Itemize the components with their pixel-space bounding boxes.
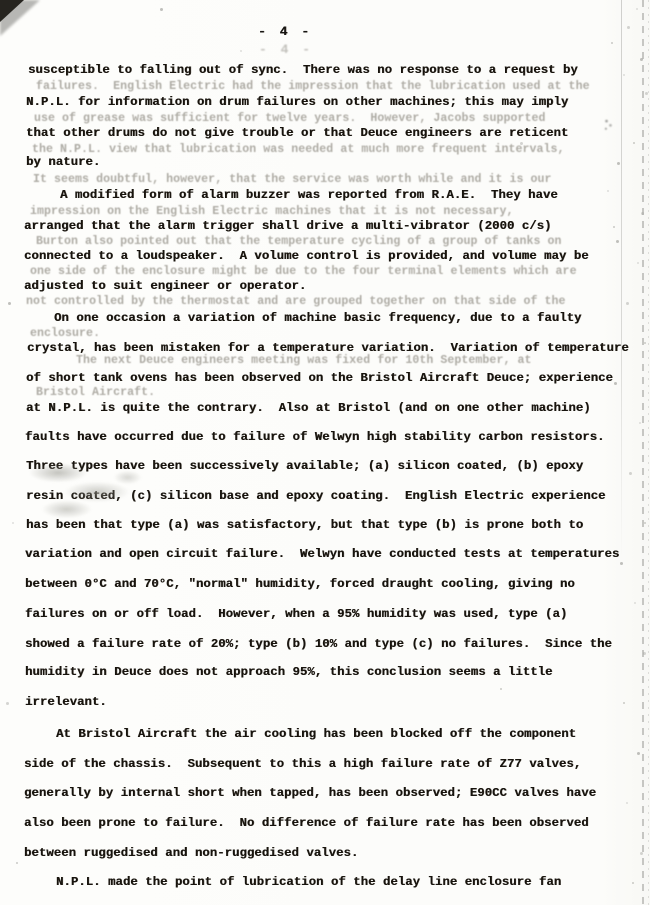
scan-speckle xyxy=(623,702,625,704)
scan-speckle xyxy=(644,522,646,524)
text-line: A modified form of alarm buzzer was repo… xyxy=(60,189,558,201)
text-line: that other drums do not give trouble or … xyxy=(26,127,568,139)
bleedthrough-text-line: failures. English Electric had the impre… xyxy=(36,81,590,93)
bleedthrough-text-line: one side of the enclosure might be due t… xyxy=(30,266,577,278)
bleedthrough-text-line: Burton also pointed out that the tempera… xyxy=(36,236,562,248)
scanned-page: - 4 - - 4 - susceptible to falling out o… xyxy=(0,0,650,905)
bleedthrough-text-line: It seems doubtful, however, that the ser… xyxy=(33,174,552,186)
scan-line-artifact xyxy=(621,0,622,560)
text-line: of short tank ovens has been observed on… xyxy=(26,372,613,384)
text-line: between 0°C and 70°C, "normal" humidity,… xyxy=(25,578,575,590)
scan-speckle xyxy=(6,702,9,705)
page-number: - 4 - xyxy=(258,24,312,39)
scan-speckle xyxy=(616,240,619,243)
text-line: has been that type (a) was satisfactory,… xyxy=(26,519,583,531)
scan-speckle xyxy=(643,652,646,655)
bleedthrough-text-line: impression on the English Electric machi… xyxy=(30,206,514,218)
scan-speckle xyxy=(634,602,636,604)
text-line: connected to a loudspeaker. A volume con… xyxy=(24,250,589,262)
text-line: also been prone to failure. No differenc… xyxy=(24,817,589,829)
bleedthrough-text-line: Bristol Aircraft. xyxy=(36,387,155,399)
scan-speckle xyxy=(520,142,523,145)
text-line: arranged that the alarm trigger shall dr… xyxy=(24,220,551,232)
bleedthrough-text-line: the N.P.L. view that lubrication was nee… xyxy=(32,144,565,156)
scan-speckle xyxy=(627,26,630,29)
scan-speckle xyxy=(500,688,502,690)
scan-speckle xyxy=(611,42,613,44)
bleedthrough-text-line: The next Deuce engineers meeting was fix… xyxy=(76,355,531,367)
bleedthrough-text-line: not controlled by the thermostat and are… xyxy=(26,296,566,308)
speckle-cluster-artifact xyxy=(602,116,615,133)
scan-speckle xyxy=(623,74,625,76)
text-line: adjusted to suit engineer or operator. xyxy=(24,280,306,292)
text-line: susceptible to falling out of sync. Ther… xyxy=(28,64,578,76)
scan-speckle xyxy=(633,142,635,144)
text-line: irrelevant. xyxy=(25,696,107,708)
text-line: side of the chassis. Subsequent to this … xyxy=(24,758,581,770)
scan-speckle xyxy=(614,382,617,385)
scan-speckle xyxy=(645,92,648,95)
scan-speckle xyxy=(613,226,615,228)
scan-speckle xyxy=(626,302,629,305)
scan-speckle xyxy=(620,562,623,565)
scan-speckle xyxy=(644,342,646,344)
text-line: generally by internal short when tapped,… xyxy=(24,787,596,799)
scan-dashed-line-artifact xyxy=(642,0,644,905)
bleedthrough-text-line: use of grease was sufficient for twelve … xyxy=(34,113,546,125)
scan-speckle xyxy=(8,302,11,305)
text-line: At Bristol Aircraft the air cooling has … xyxy=(56,728,576,740)
scan-speckle xyxy=(12,522,14,524)
text-line: between ruggedised and non-ruggedised va… xyxy=(24,847,358,859)
scan-speckle xyxy=(636,8,638,10)
text-line: crystal, has been mistaken for a tempera… xyxy=(27,342,629,354)
ink-smudge-artifact xyxy=(24,460,146,518)
scan-speckle xyxy=(640,852,643,855)
scan-speckle xyxy=(240,50,242,52)
scan-dotted-line-artifact xyxy=(648,0,649,905)
bleedthrough-text-line: enclosure. xyxy=(30,328,100,340)
page-number-ghost: - 4 - xyxy=(259,42,313,57)
scan-speckle xyxy=(639,422,641,424)
scan-speckle xyxy=(640,58,643,61)
text-line: humidity in Deuce does not approach 95%,… xyxy=(25,666,552,678)
page-corner-fold-artifact xyxy=(0,0,24,22)
scan-speckle xyxy=(641,212,644,215)
scan-speckle xyxy=(607,190,609,192)
text-line: N.P.L. for information on drum failures … xyxy=(26,96,568,108)
scan-speckle xyxy=(637,752,640,755)
scan-speckle xyxy=(160,8,163,11)
text-line: at N.P.L. is quite the contrary. Also at… xyxy=(26,402,591,414)
scan-speckle xyxy=(16,862,18,864)
text-line: faults have occurred due to failure of W… xyxy=(25,431,605,443)
scan-speckle xyxy=(629,472,632,475)
text-line: variation and open circuit failure. Welw… xyxy=(25,548,619,560)
scan-speckle xyxy=(617,162,620,165)
scan-speckle xyxy=(626,802,628,804)
text-line: On one occasion a variation of machine b… xyxy=(54,312,581,324)
scan-speckle xyxy=(632,882,634,884)
text-line: failures on or off load. However, when a… xyxy=(25,608,567,620)
scan-speckle xyxy=(637,262,639,264)
text-line: by nature. xyxy=(26,156,100,168)
text-line: showed a failure rate of 20%; type (b) 1… xyxy=(25,638,612,650)
text-line: N.P.L. made the point of lubrication of … xyxy=(56,876,561,888)
